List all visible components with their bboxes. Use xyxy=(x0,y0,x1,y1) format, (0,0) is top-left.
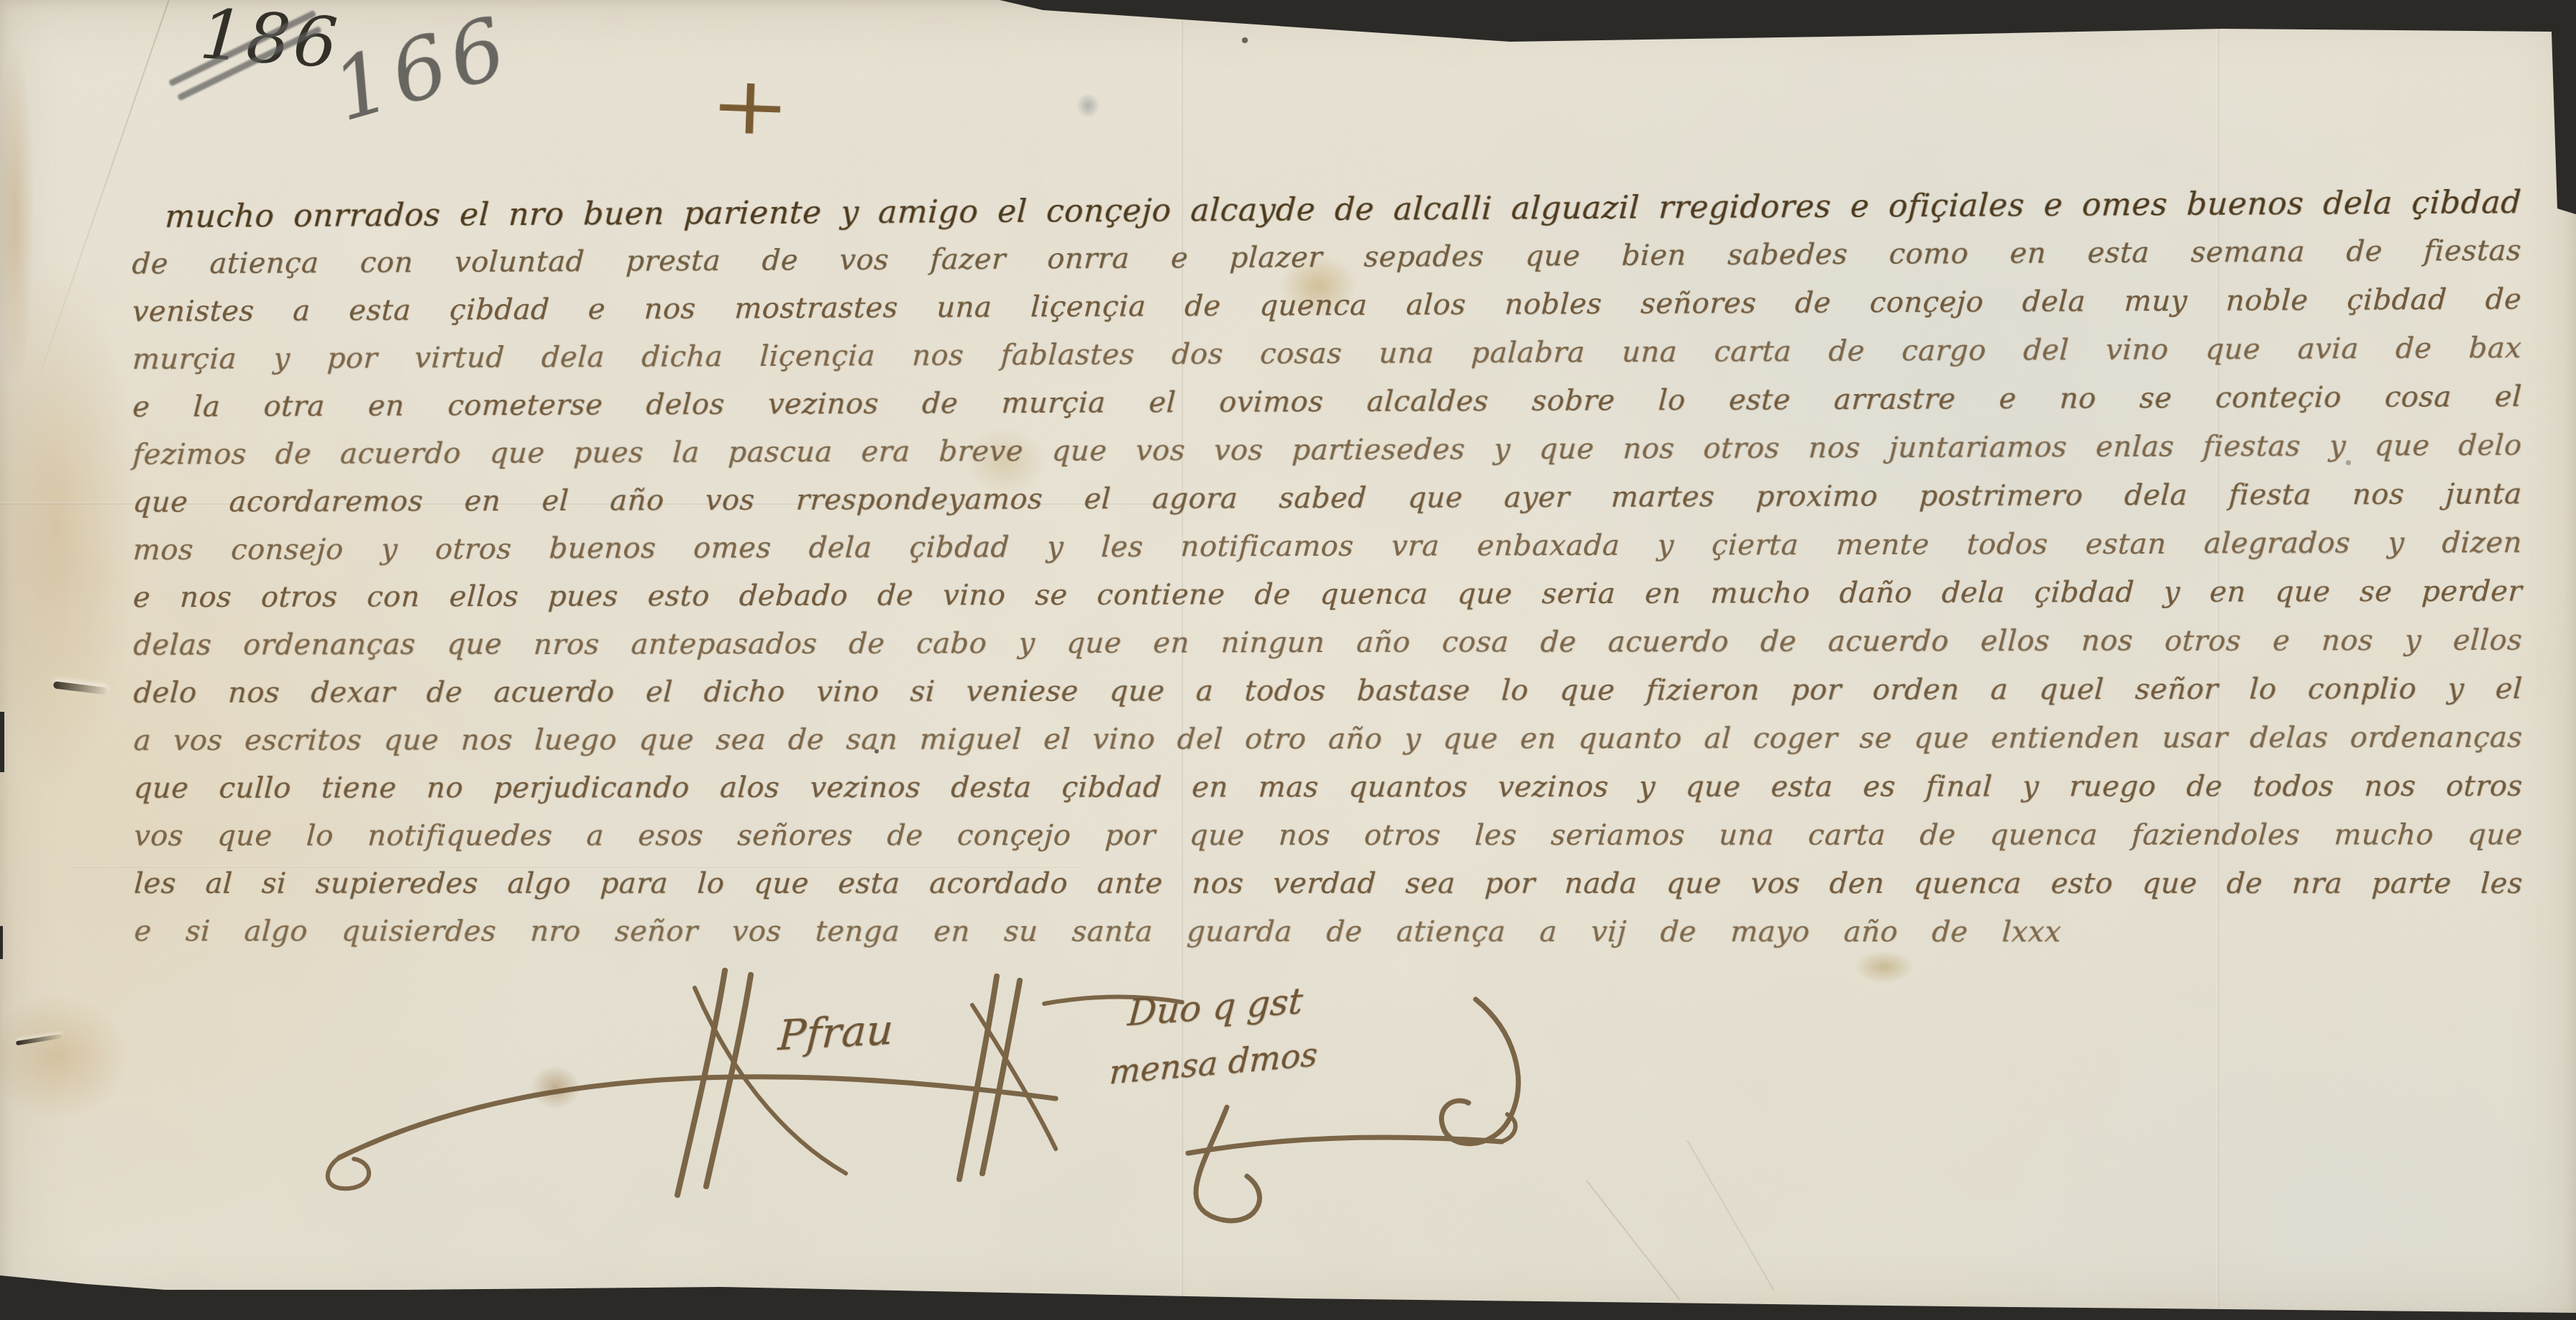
tear-bottom-left xyxy=(16,1034,63,1045)
stain-top-left-strip xyxy=(0,0,40,439)
ink-speck xyxy=(1242,37,1248,43)
scan-stage: 186 166 + mucho onrrados el nro buen par… xyxy=(0,0,2576,1320)
letter-line: delas ordenanças que nros antepasados de… xyxy=(132,616,2524,669)
letter-line: a vos escritos que nos luego que sea de … xyxy=(132,714,2524,765)
crease-bottom-right-2 xyxy=(1686,1140,1774,1291)
letter-line: que acordaremos en el año vos rrespondey… xyxy=(132,470,2523,527)
letter-line: les al si supieredes algo para lo que es… xyxy=(133,860,2524,908)
letter-line: e nos otros con ellos pues esto debado d… xyxy=(132,568,2523,623)
edge-notch xyxy=(0,926,3,959)
signature-center-line2: mensa dmos xyxy=(1108,1035,1318,1092)
letter-line: que cullo tiene no perjudicando alos vez… xyxy=(132,763,2524,813)
signature-center-line1: Duo q gst xyxy=(1126,980,1304,1034)
crease-bottom-right-1 xyxy=(1586,1181,1681,1301)
tear-left-margin xyxy=(53,681,109,695)
manuscript-paper-sheet: 186 166 + mucho onrrados el nro buen par… xyxy=(0,0,2576,1320)
letter-line: vos que lo notifiquedes a esos señores d… xyxy=(132,811,2524,860)
letter-line: mos consejo y otros buenos omes dela çib… xyxy=(132,519,2523,574)
stain-brown-near-signature xyxy=(521,1057,590,1118)
letter-lines: mucho onrrados el nro buen pariente y am… xyxy=(132,183,2524,960)
stain-gray-smudge xyxy=(1072,88,1105,124)
folio-number-old: 186 xyxy=(198,0,342,78)
signature-left-rubric-text: Pfrau xyxy=(777,1005,895,1060)
folio-number-new: 166 xyxy=(324,3,520,134)
letter-line: fezimos de acuerdo que pues la pascua er… xyxy=(132,421,2523,479)
letter-line: e si algo quisierdes nro señor vos tenga… xyxy=(133,907,2524,956)
rubric-left xyxy=(328,971,1182,1195)
flourish-center xyxy=(1188,999,1518,1221)
stain-bottom-left-wash xyxy=(0,971,151,1143)
letter-line: delo nos dexar de acuerdo el dicho vino … xyxy=(132,665,2524,718)
invocation-cross-mark: + xyxy=(708,65,792,147)
edge-notch xyxy=(0,712,4,772)
